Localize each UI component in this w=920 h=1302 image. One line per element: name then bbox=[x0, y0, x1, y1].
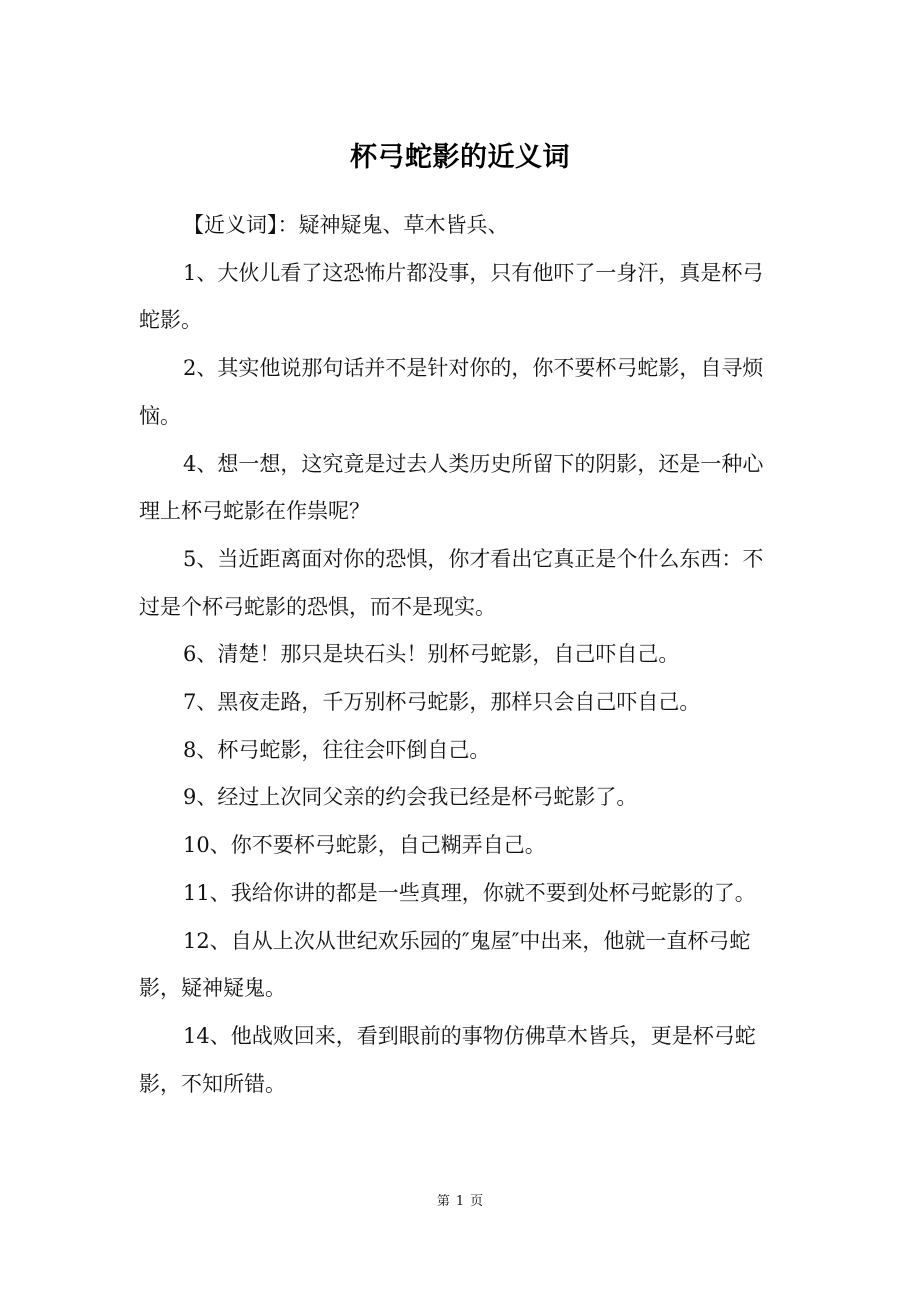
document-body: 【近义词】：疑神疑鬼、草木皆兵、 1、大伙儿看了这恐怖片都没事，只有他吓了一身汗… bbox=[139, 202, 784, 1108]
document-page: 杯弓蛇影的近义词 【近义词】：疑神疑鬼、草木皆兵、 1、大伙儿看了这恐怖片都没事… bbox=[0, 0, 920, 1302]
example-sentence-2: 2、其实他说那句话并不是针对你的，你不要杯弓蛇影，自寻烦恼。 bbox=[139, 345, 784, 440]
example-sentence-10: 10、你不要杯弓蛇影，自己糊弄自己。 bbox=[139, 822, 784, 870]
page-number-prefix: 第 bbox=[437, 1194, 450, 1209]
synonyms-paragraph: 【近义词】：疑神疑鬼、草木皆兵、 bbox=[139, 202, 784, 250]
example-sentence-12: 12、自从上次从世纪欢乐园的″鬼屋″中出来，他就一直杯弓蛇影，疑神疑鬼。 bbox=[139, 918, 784, 1013]
example-sentence-11: 11、我给你讲的都是一些真理，你就不要到处杯弓蛇影的了。 bbox=[139, 870, 784, 918]
example-sentence-7: 7、黑夜走路，千万别杯弓蛇影，那样只会自己吓自己。 bbox=[139, 679, 784, 727]
example-sentence-4: 4、想一想，这究竟是过去人类历史所留下的阴影，还是一种心理上杯弓蛇影在作祟呢？ bbox=[139, 441, 784, 536]
page-number: 1 bbox=[456, 1194, 464, 1209]
example-sentence-1: 1、大伙儿看了这恐怖片都没事，只有他吓了一身汗，真是杯弓蛇影。 bbox=[139, 250, 784, 345]
page-footer: 第1页 bbox=[0, 1190, 920, 1209]
document-title: 杯弓蛇影的近义词 bbox=[0, 138, 920, 178]
example-sentence-5: 5、当近距离面对你的恐惧，你才看出它真正是个什么东西：不过是个杯弓蛇影的恐惧，而… bbox=[139, 536, 784, 631]
example-sentence-6: 6、清楚！那只是块石头！别杯弓蛇影，自己吓自己。 bbox=[139, 631, 784, 679]
page-number-suffix: 页 bbox=[470, 1194, 483, 1209]
example-sentence-9: 9、经过上次同父亲的约会我已经是杯弓蛇影了。 bbox=[139, 774, 784, 822]
example-sentence-14: 14、他战败回来，看到眼前的事物仿佛草木皆兵，更是杯弓蛇影，不知所错。 bbox=[139, 1013, 784, 1108]
example-sentence-8: 8、杯弓蛇影，往往会吓倒自己。 bbox=[139, 727, 784, 775]
